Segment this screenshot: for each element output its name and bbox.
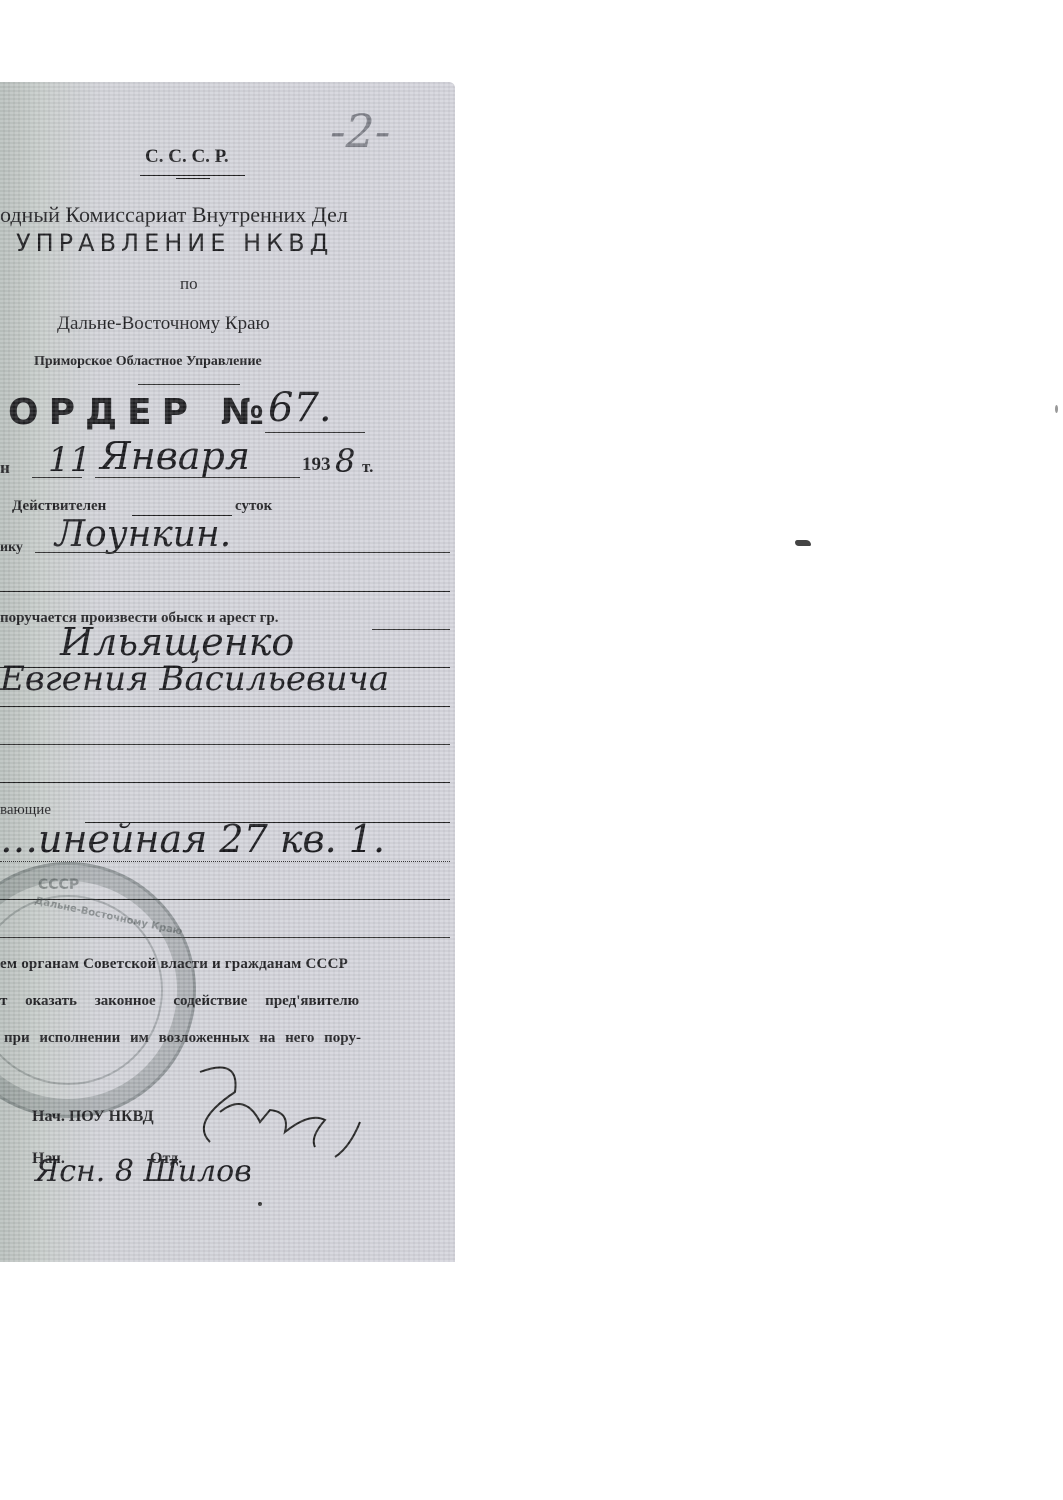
date-year-handwritten: 8 <box>335 442 355 480</box>
edge-mark <box>1055 405 1058 413</box>
order-title: ОРДЕР № <box>8 392 274 433</box>
date-month: Января <box>100 434 250 478</box>
recipient-label: ику <box>0 540 23 556</box>
notice-line-3: при исполнении им возложенных на него по… <box>4 1030 361 1047</box>
notice-line-1: ем органам Советской власти и гражданам … <box>0 956 348 973</box>
person-name-line2: Евгения Васильевича <box>0 659 389 699</box>
header-underline <box>140 175 245 176</box>
validity-label: Действителен <box>12 498 106 515</box>
date-month-line <box>95 477 300 478</box>
header-underline-double <box>176 178 210 179</box>
header-po: по <box>180 274 198 294</box>
order-number-line <box>265 432 365 433</box>
chief-signature-label: Нач. ПОУ НКВД <box>32 1108 154 1126</box>
order-document: -2- С. С. С. Р. одный Комиссариат Внутре… <box>0 82 455 1262</box>
date-day-line <box>32 477 82 478</box>
country-header: С. С. С. Р. <box>145 146 229 168</box>
commissariat-title: одный Комиссариат Внутренних Дел <box>0 202 348 228</box>
office-underline <box>138 384 240 385</box>
blank-line-3 <box>0 782 450 783</box>
recipient-line <box>35 552 450 553</box>
validity-unit: суток <box>235 498 272 515</box>
chief-signature-scrawl <box>150 1052 390 1162</box>
date-year-printed: 193 <box>302 454 331 476</box>
notice-line-2: т оказать законное содействие пред'явите… <box>0 993 359 1010</box>
blank-line-1 <box>0 591 450 592</box>
stray-ink-mark <box>795 540 811 546</box>
seal-text-top: СССР <box>38 877 79 893</box>
page-number-mark: -2- <box>330 104 390 158</box>
paper-speck <box>258 1202 262 1206</box>
date-year-suffix: т. <box>362 457 373 477</box>
address-value: …инейная 27 кв. 1. <box>0 817 385 861</box>
directorate-title: УПРАВЛЕНИЕ НКВД <box>16 229 333 257</box>
instruction-line <box>372 629 450 630</box>
person-name-line1: Ильященко <box>60 620 294 664</box>
person-line-2 <box>0 706 450 707</box>
date-prefix: н <box>0 458 10 478</box>
order-number: 67. <box>268 385 332 431</box>
date-day: 11 <box>48 440 91 480</box>
recipient-value: Лоункин. <box>55 514 231 555</box>
region-title: Дальне-Восточному Краю <box>57 313 270 335</box>
regional-office-title: Приморское Областное Управление <box>34 354 262 370</box>
blank-line-2 <box>0 744 450 745</box>
